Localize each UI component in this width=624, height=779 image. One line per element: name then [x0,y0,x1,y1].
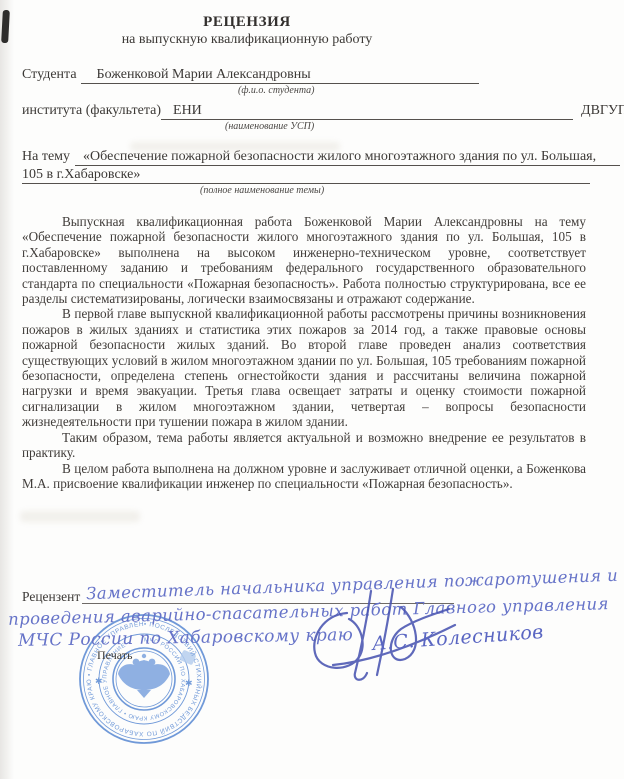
reviewer-label: Рецензент [22,589,80,605]
page-title: РЕЦЕНЗИЯ [0,0,494,31]
handwritten-position-line1: Заместитель начальника управления пожаро… [86,566,619,604]
topic-field-line1: «Обеспечение пожарной безопасности жилог… [75,149,620,166]
institute-row: института (факультета) ЕНИ ДВГУПС. [22,103,620,120]
document-page: РЕЦЕНЗИЯ на выпускную квалификационную р… [0,0,624,779]
stamp-patch-box [179,650,196,666]
stamp-outer-ring-text: • ПОСЛЕДСТВИЙ СТИХИЙНЫХ БЕДСТВИЙ ПО ХАБА… [77,612,204,737]
university-abbr: ДВГУПС. [581,103,624,120]
paragraph-4: В целом работа выполнена на должном уров… [22,461,586,492]
reviewer-signature [303,583,468,693]
student-row: Студента Боженковой Марии Александровны [22,67,620,84]
stamp-seal-graphic: • ПОСЛЕДСТВИЙ СТИХИЙНЫХ БЕДСТВИЙ ПО ХАБА… [77,612,211,746]
document-header: РЕЦЕНЗИЯ на выпускную квалификационную р… [0,0,494,48]
official-round-stamp: • ПОСЛЕДСТВИЙ СТИХИЙНЫХ БЕДСТВИЙ ПО ХАБА… [77,612,211,751]
stamp-label: Печать [97,648,132,663]
paragraph-2: В первой главе выпускной квалификационно… [22,306,586,429]
topic-caption: (полное наименование темы) [200,185,620,196]
stamp-star-left: ✱ [95,676,103,686]
handwritten-position-line3: МЧС России по Хабаровскому краю [18,625,353,651]
stamp-inner-ring-text: МЧС РОССИИ ПО ХАБАРОВСКОМУ КРАЮ • ГЛАВНО… [102,637,185,720]
stamp-star-right: ✱ [185,678,193,688]
paragraph-3: Таким образом, тема работы является акту… [22,430,586,461]
bleed-through-smudge [20,511,140,522]
student-caption: (ф.и.о. студента) [238,85,620,96]
reviewer-blank-line [82,603,454,604]
institute-field: ЕНИ [161,103,573,120]
reviewer-signature-name: А.С. Колесников [371,621,544,655]
signature-scribble-graphic [303,583,468,688]
topic-row: На тему «Обеспечение пожарной безопаснос… [22,149,620,166]
student-label: Студента [22,67,77,84]
review-body: Выпускная квалификационная работа Боженк… [0,196,624,491]
form-section: Студента Боженковой Марии Александровны … [0,67,624,196]
student-name-field: Боженковой Марии Александровны [81,67,479,84]
eagle-emblem-icon [118,654,170,698]
institute-label: института (факультета) [22,103,161,120]
bleed-through-smudge [130,142,340,151]
page-subtitle: на выпускную квалификационную работу [0,32,494,48]
institute-caption: (наименование УСП) [225,121,620,132]
handwritten-position-line2: проведения аварийно-спасательных работ Г… [8,594,609,629]
topic-field-line2: 105 в г.Хабаровске» [22,167,590,184]
topic-label: На тему [22,149,70,166]
paragraph-1: Выпускная квалификационная работа Боженк… [22,214,586,306]
